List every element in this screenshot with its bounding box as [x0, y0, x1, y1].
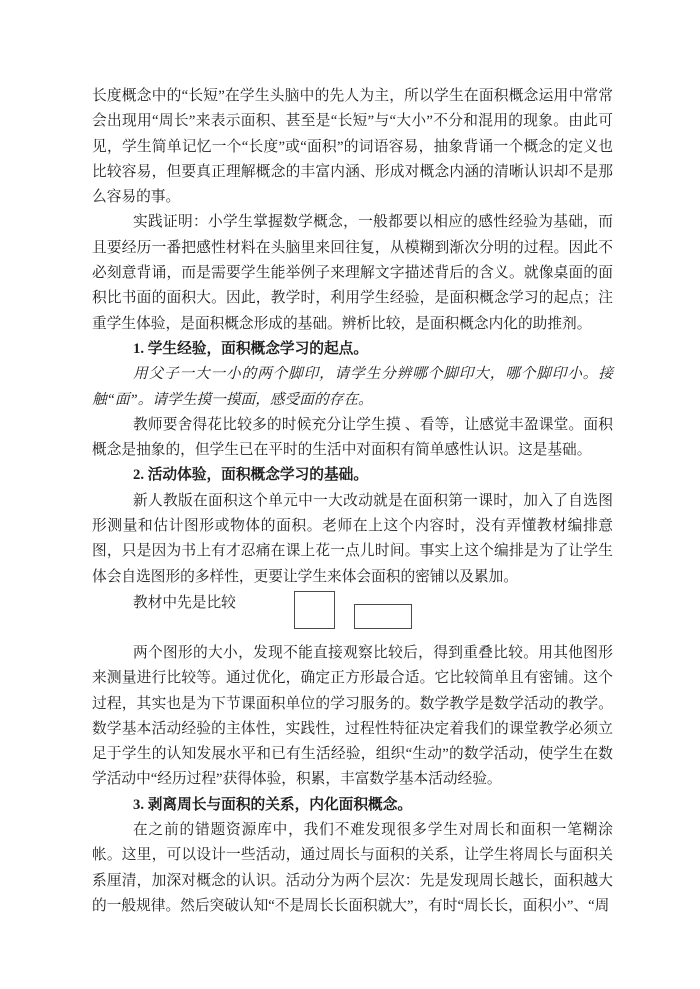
- document-page: 长度概念中的“长短”在学生头脑中的先人为主，所以学生在面积概念运用中常常会出现用…: [0, 0, 700, 989]
- paragraph-practice-proof: 实践证明：小学生掌握数学概念，一般都要以相应的感性经验为基础，而且要经历一番把感…: [92, 210, 613, 336]
- figure-label: 教材中先是比较: [133, 591, 236, 616]
- heading-3-perimeter-vs-area: 3. 剥离周长与面积的关系，内化面积概念。: [92, 793, 613, 818]
- heading-2-activity-experience: 2. 活动体验，面积概念学习的基础。: [92, 463, 613, 488]
- textbook-comparison-figure: 教材中先是比较: [92, 590, 613, 641]
- paragraph-shape-comparison: 两个图形的大小，发现不能直接观察比较后，得到重叠比较。用其他图形来测量进行比较等…: [92, 641, 613, 793]
- heading-1-student-experience: 1. 学生经验，面积概念学习的起点。: [92, 337, 613, 362]
- paragraph-perimeter-area-activities: 在之前的错题资源库中，我们不难发现很多学生对周长和面积一笔糊涂帐。这里，可以设计…: [92, 818, 613, 919]
- paragraph-intro: 长度概念中的“长短”在学生头脑中的先人为主，所以学生在面积概念运用中常常会出现用…: [92, 84, 613, 210]
- document-body: 长度概念中的“长短”在学生头脑中的先人为主，所以学生在面积概念运用中常常会出现用…: [92, 84, 613, 919]
- paragraph-footprint-activity: 用父子一大一小的两个脚印，请学生分辨哪个脚印大，哪个脚印小。接触“面”。请学生摸…: [92, 362, 613, 413]
- paragraph-teacher-advice: 教师要舍得花比较多的时候充分让学生摸 、看等，让感觉丰盈课堂。面积概念是抽象的，…: [92, 413, 613, 464]
- square-shape: [294, 591, 335, 629]
- paragraph-new-edition: 新人教版在面积这个单元中一大改动就是在面积第一课时，加入了自选图形测量和估计图形…: [92, 489, 613, 590]
- rectangle-shape: [354, 604, 412, 629]
